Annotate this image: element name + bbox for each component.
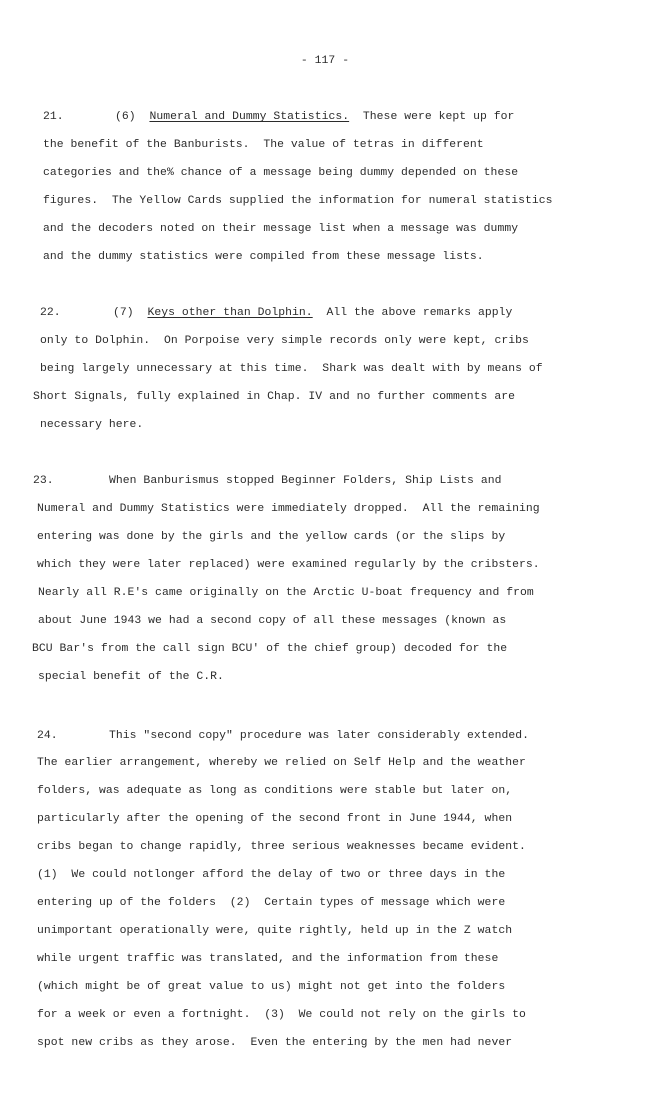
section-heading: Keys other than Dolphin. <box>147 307 312 319</box>
paragraph-line: spot new cribs as they arose. Even the e… <box>37 1036 512 1050</box>
page-number: - 117 - <box>0 54 650 68</box>
paragraph-line: categories and the% chance of a message … <box>43 166 518 180</box>
paragraph-line: entering up of the folders (2) Certain t… <box>37 896 505 910</box>
paragraph-line: and the dummy statistics were compiled f… <box>43 250 484 264</box>
paragraph-line: (6) Numeral and Dummy Statistics. These … <box>115 110 514 124</box>
paragraph-line: The earlier arrangement, whereby we reli… <box>37 756 526 770</box>
paragraph-line: cribs began to change rapidly, three ser… <box>37 840 526 854</box>
paragraph-line: being largely unnecessary at this time. … <box>40 362 543 376</box>
paragraph-line: folders, was adequate as long as conditi… <box>37 784 512 798</box>
paragraph-line: (1) We could notlonger afford the delay … <box>37 868 505 882</box>
subsection-label: (6) <box>115 111 149 123</box>
paragraph-line: Numeral and Dummy Statistics were immedi… <box>37 502 540 516</box>
paragraph-line: Short Signals, fully explained in Chap. … <box>33 390 515 404</box>
paragraph-line: while urgent traffic was translated, and… <box>37 952 498 966</box>
section-heading: Numeral and Dummy Statistics. <box>149 111 349 123</box>
paragraph-line: only to Dolphin. On Porpoise very simple… <box>40 334 529 348</box>
paragraph-line: BCU Bar's from the call sign BCU' of the… <box>32 642 507 656</box>
paragraph-line: special benefit of the C.R. <box>38 670 224 684</box>
paragraph-line: When Banburismus stopped Beginner Folder… <box>109 474 501 488</box>
paragraph-line: the benefit of the Banburists. The value… <box>43 138 484 152</box>
paragraph-line: entering was done by the girls and the y… <box>37 530 505 544</box>
paragraph-line: (which might be of great value to us) mi… <box>37 980 505 994</box>
paragraph-line: about June 1943 we had a second copy of … <box>38 614 506 628</box>
line-text: These were kept up for <box>349 111 514 123</box>
paragraph-number: 23. <box>33 474 54 488</box>
paragraph-line: particularly after the opening of the se… <box>37 812 512 826</box>
paragraph-number: 22. <box>40 306 61 320</box>
paragraph-line: Nearly all R.E's came originally on the … <box>38 586 534 600</box>
paragraph-line: which they were later replaced) were exa… <box>37 558 540 572</box>
document-page: - 117 - 21. (6) Numeral and Dummy Statis… <box>0 0 650 1102</box>
paragraph-line: necessary here. <box>40 418 143 432</box>
paragraph-line: This "second copy" procedure was later c… <box>109 729 529 743</box>
paragraph-number: 24. <box>37 729 58 743</box>
subsection-label: (7) <box>113 307 147 319</box>
line-text: All the above remarks apply <box>313 307 513 319</box>
paragraph-line: figures. The Yellow Cards supplied the i… <box>43 194 553 208</box>
paragraph-line: (7) Keys other than Dolphin. All the abo… <box>113 306 512 320</box>
paragraph-number: 21. <box>43 110 64 124</box>
paragraph-line: unimportant operationally were, quite ri… <box>37 924 512 938</box>
paragraph-line: for a week or even a fortnight. (3) We c… <box>37 1008 526 1022</box>
paragraph-line: and the decoders noted on their message … <box>43 222 518 236</box>
